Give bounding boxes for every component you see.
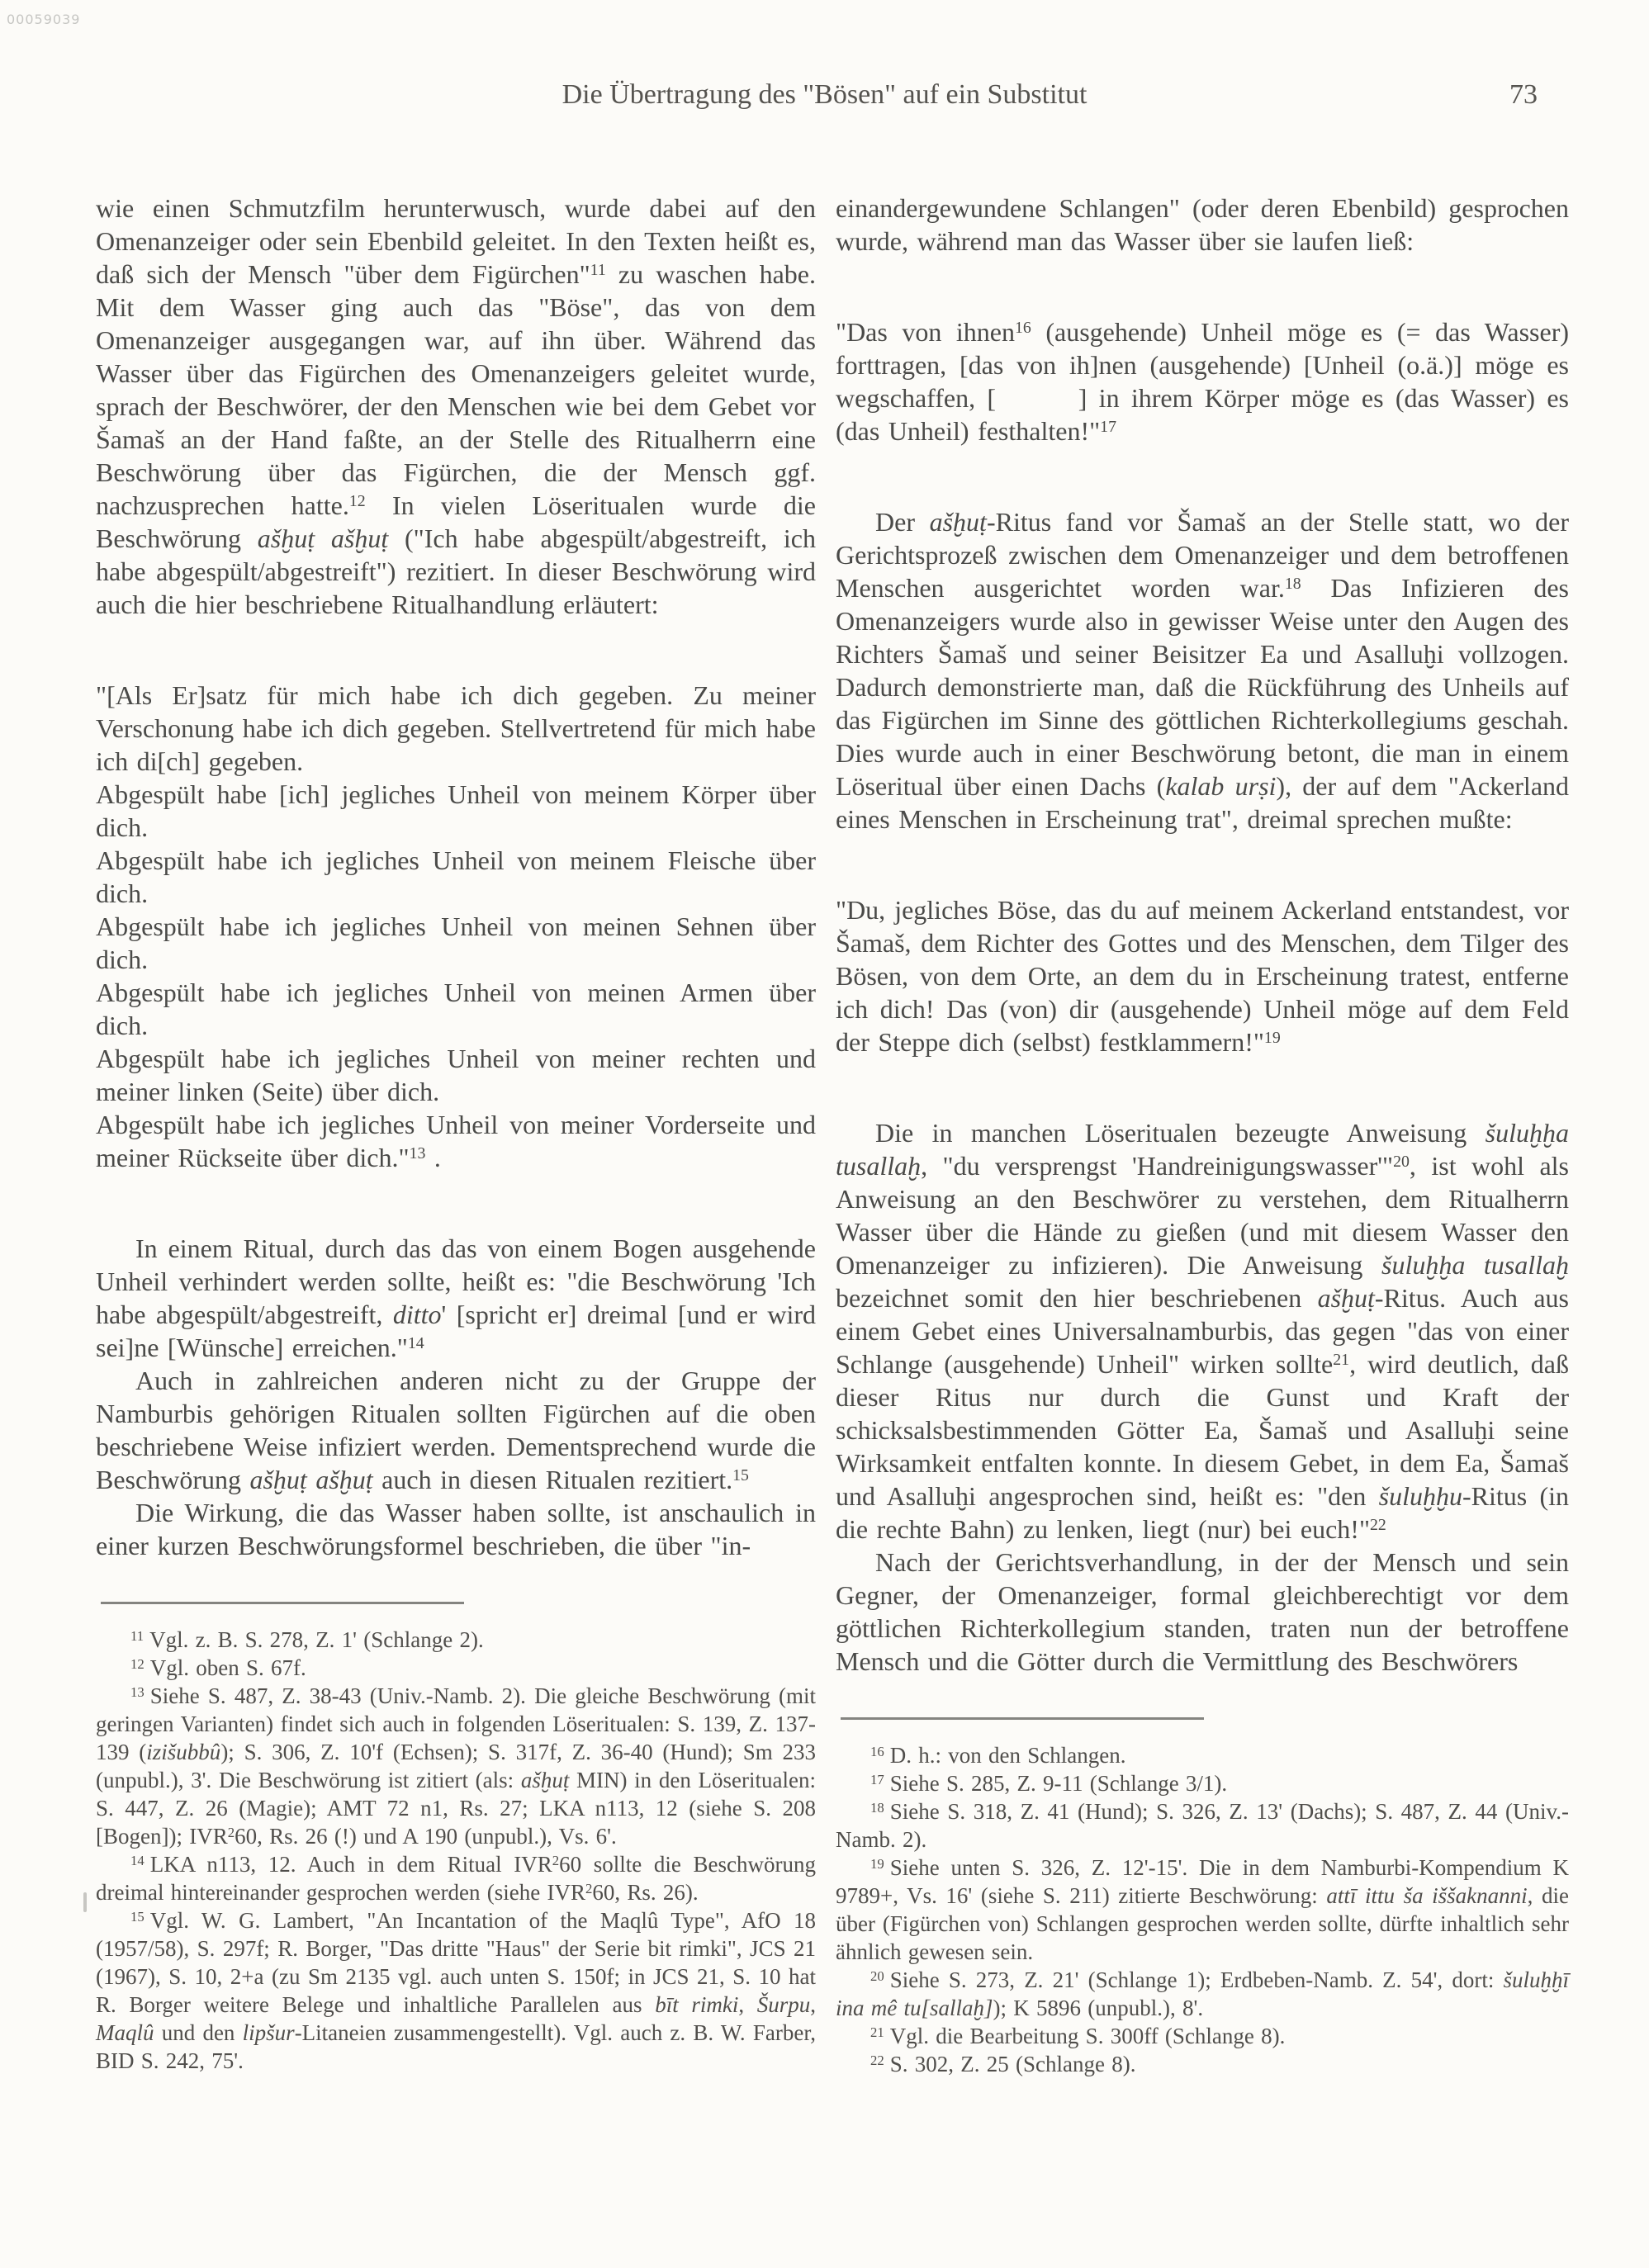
text-run: S. 302, Z. 25 (Schlange 8).: [890, 2052, 1136, 2076]
text-run: Siehe S. 318, Z. 41 (Hund); S. 326, Z. 1…: [836, 1799, 1569, 1852]
text-run: einandergewundene Schlangen" (oder deren…: [836, 193, 1569, 256]
text-run: Abgespült habe ich jegliches Unheil von …: [96, 978, 816, 1040]
footnote: 18Siehe S. 318, Z. 41 (Hund); S. 326, Z.…: [836, 1797, 1569, 1854]
footnote-marker: 2: [228, 1825, 235, 1840]
footnote: 11Vgl. z. B. S. 278, Z. 1' (Schlange 2).: [96, 1626, 816, 1654]
footnote: 15Vgl. W. G. Lambert, "An Incantation of…: [96, 1906, 816, 2075]
footnote-number: 21: [870, 2024, 884, 2040]
footnote-number: 20: [870, 1968, 884, 1984]
scan-ink-artifact: [83, 1892, 87, 1912]
text-run: ašḫuṭ: [930, 507, 987, 537]
text-run: ašḫuṭ ašḫuṭ: [249, 1465, 372, 1494]
text-run: bīt rimki: [655, 1992, 738, 2017]
text-run: ); K 5896 (unpubl.), 8'.: [993, 1996, 1204, 2020]
text-column-right: einandergewundene Schlangen" (oder deren…: [836, 192, 1569, 2078]
text-run: LKA n113, 12. Auch in dem Ritual IVR: [150, 1852, 552, 1877]
scanned-book-page: 00059039 Die Übertragung des "Bösen" auf…: [0, 0, 1649, 2268]
paragraph: Abgespült habe ich jegliches Unheil von …: [96, 910, 816, 976]
footnote: 22S. 302, Z. 25 (Schlange 8).: [836, 2050, 1569, 2078]
paragraph: Abgespült habe ich jegliches Unheil von …: [96, 1042, 816, 1108]
footnote-number: 19: [870, 1856, 884, 1872]
paragraph: Auch in zahlreichen anderen nicht zu der…: [96, 1364, 816, 1496]
text-run: bezeichnet somit den hier beschriebenen: [836, 1283, 1318, 1313]
paragraph: In einem Ritual, durch das das von einem…: [96, 1232, 816, 1364]
footnote-marker: 18: [1285, 575, 1301, 593]
running-title: Die Übertragung des "Bösen" auf ein Subs…: [0, 79, 1649, 111]
text-run: šuluḫḫa tusallaḫ: [1381, 1250, 1569, 1280]
right-column-paragraphs: einandergewundene Schlangen" (oder deren…: [836, 192, 1569, 1678]
text-run: und den: [154, 2020, 243, 2045]
text-run: Das Infizieren des Omenanzeigers wurde a…: [836, 573, 1569, 801]
text-column-left: wie einen Schmutzfilm herunterwusch, wur…: [96, 192, 816, 2075]
footnote-marker: 20: [1393, 1153, 1410, 1171]
footnote-number: 14: [130, 1853, 145, 1868]
text-run: Abgespült habe [ich] jegliches Unheil vo…: [96, 779, 816, 842]
text-run: Siehe S. 273, Z. 21' (Schlange 1); Erdbe…: [890, 1967, 1504, 1992]
text-run: "Du, jegliches Böse, das du auf meinem A…: [836, 895, 1569, 1057]
text-run: Vgl. oben S. 67f.: [150, 1655, 306, 1680]
footnote-number: 12: [130, 1656, 145, 1672]
footnote-marker: 17: [1100, 418, 1116, 436]
footnote: 13Siehe S. 487, Z. 38-43 (Univ.-Namb. 2)…: [96, 1682, 816, 1850]
text-run: šuluḫḫu: [1379, 1481, 1462, 1511]
right-column-footnotes: 16D. h.: von den Schlangen.17Siehe S. 28…: [836, 1741, 1569, 2078]
footnote-marker: 2: [585, 1881, 592, 1896]
text-run: Vgl. z. B. S. 278, Z. 1' (Schlange 2).: [149, 1627, 484, 1652]
text-run: zu waschen habe. Mit dem Wasser ging auc…: [96, 259, 816, 520]
paragraph: "Das von ihnen16 (ausgehende) Unheil mög…: [836, 315, 1569, 447]
footnote: 12Vgl. oben S. 67f.: [96, 1654, 816, 1682]
text-run: ,: [738, 1992, 756, 2017]
text-run: ašḫuṭ ašḫuṭ: [258, 523, 388, 553]
footnote-marker: 12: [349, 492, 366, 510]
footnote-number: 22: [870, 2053, 884, 2068]
paragraph: Die in manchen Löseritualen bezeugte Anw…: [836, 1116, 1569, 1546]
footnote-number: 16: [870, 1744, 884, 1759]
text-run: Die in manchen Löseritualen bezeugte Anw…: [875, 1118, 1486, 1148]
text-run: Abgespült habe ich jegliches Unheil von …: [96, 845, 816, 908]
footnote-number: 13: [130, 1684, 145, 1700]
page-number: 73: [1509, 79, 1538, 111]
text-run: ,: [810, 1992, 816, 2017]
paragraph: Der ašḫuṭ-Ritus fand vor Šamaš an der St…: [836, 505, 1569, 836]
text-run: lipšur: [243, 2020, 295, 2045]
left-column-paragraphs: wie einen Schmutzfilm herunterwusch, wur…: [96, 192, 816, 1562]
footnote-number: 11: [130, 1628, 144, 1644]
paragraph: Nach der Gerichtsverhandlung, in der der…: [836, 1546, 1569, 1678]
paragraph: Abgespült habe ich jegliches Unheil von …: [96, 1108, 816, 1174]
text-run: izišubbû: [146, 1740, 220, 1764]
text-run: ditto: [393, 1300, 442, 1329]
footnote-marker: 16: [1015, 319, 1031, 337]
text-run: .: [425, 1143, 441, 1172]
paragraph: einandergewundene Schlangen" (oder deren…: [836, 192, 1569, 258]
paragraph: Die Wirkung, die das Wasser haben sollte…: [96, 1496, 816, 1562]
paragraph: "Du, jegliches Böse, das du auf meinem A…: [836, 893, 1569, 1058]
footnote-marker: 11: [590, 261, 606, 279]
footnote: 21Vgl. die Bearbeitung S. 300ff (Schlang…: [836, 2022, 1569, 2050]
text-run: 60, Rs. 26).: [592, 1880, 698, 1905]
footnote-marker: 15: [732, 1466, 749, 1484]
text-run: Abgespült habe ich jegliches Unheil von …: [96, 1044, 816, 1106]
text-run: auch in diesen Ritualen rezitiert.: [373, 1465, 732, 1494]
text-run: attī ittu ša iššaknanni: [1326, 1883, 1527, 1908]
footnote-separator-left: [101, 1602, 464, 1604]
scan-watermark-number: 00059039: [7, 12, 80, 27]
footnote: 14LKA n113, 12. Auch in dem Ritual IVR26…: [96, 1850, 816, 1906]
text-run: Šurpu: [757, 1992, 811, 2017]
text-run: ašḫuṭ: [521, 1768, 570, 1792]
paragraph: Abgespült habe ich jegliches Unheil von …: [96, 844, 816, 910]
footnote-separator-right: [841, 1717, 1204, 1720]
text-run: D. h.: von den Schlangen.: [890, 1743, 1126, 1768]
text-run: "Das von ihnen: [836, 317, 1015, 347]
left-column-footnotes: 11Vgl. z. B. S. 278, Z. 1' (Schlange 2).…: [96, 1626, 816, 2075]
text-run: Siehe S. 285, Z. 9-11 (Schlange 3/1).: [890, 1771, 1227, 1796]
text-run: Nach der Gerichtsverhandlung, in der der…: [836, 1547, 1569, 1676]
footnote-number: 17: [870, 1772, 884, 1787]
footnote: 16D. h.: von den Schlangen.: [836, 1741, 1569, 1769]
text-run: ašḫuṭ: [1318, 1283, 1375, 1313]
footnote-number: 18: [870, 1800, 884, 1816]
text-run: Abgespült habe ich jegliches Unheil von …: [96, 1110, 816, 1172]
paragraph: "[Als Er]satz für mich habe ich dich geg…: [96, 679, 816, 778]
footnote-marker: 21: [1333, 1351, 1349, 1369]
footnote-marker: 19: [1264, 1029, 1281, 1047]
text-run: , "du versprengst 'Handreinigungswasser'…: [921, 1151, 1393, 1181]
footnote-marker: 13: [410, 1144, 426, 1162]
footnote-marker: 14: [408, 1334, 424, 1352]
footnote-marker: 22: [1370, 1516, 1386, 1534]
footnote: 19Siehe unten S. 326, Z. 12'-15'. Die in…: [836, 1854, 1569, 1966]
text-run: 60, Rs. 26 (!) und A 190 (unpubl.), Vs. …: [235, 1824, 617, 1849]
paragraph: Abgespült habe ich jegliches Unheil von …: [96, 976, 816, 1042]
paragraph: wie einen Schmutzfilm herunterwusch, wur…: [96, 192, 816, 621]
text-run: Maqlû: [96, 2020, 154, 2045]
text-run: Abgespült habe ich jegliches Unheil von …: [96, 911, 816, 974]
text-run: Der: [875, 507, 930, 537]
text-run: kalab urṣi: [1165, 771, 1276, 801]
text-run: "[Als Er]satz für mich habe ich dich geg…: [96, 680, 816, 776]
footnote: 17Siehe S. 285, Z. 9-11 (Schlange 3/1).: [836, 1769, 1569, 1797]
footnote: 20Siehe S. 273, Z. 21' (Schlange 1); Erd…: [836, 1966, 1569, 2022]
text-run: Vgl. die Bearbeitung S. 300ff (Schlange …: [890, 2024, 1286, 2048]
footnote-number: 15: [130, 1909, 145, 1925]
paragraph: Abgespült habe [ich] jegliches Unheil vo…: [96, 778, 816, 844]
text-run: Die Wirkung, die das Wasser haben sollte…: [96, 1498, 816, 1560]
footnote-marker: 2: [552, 1853, 559, 1868]
